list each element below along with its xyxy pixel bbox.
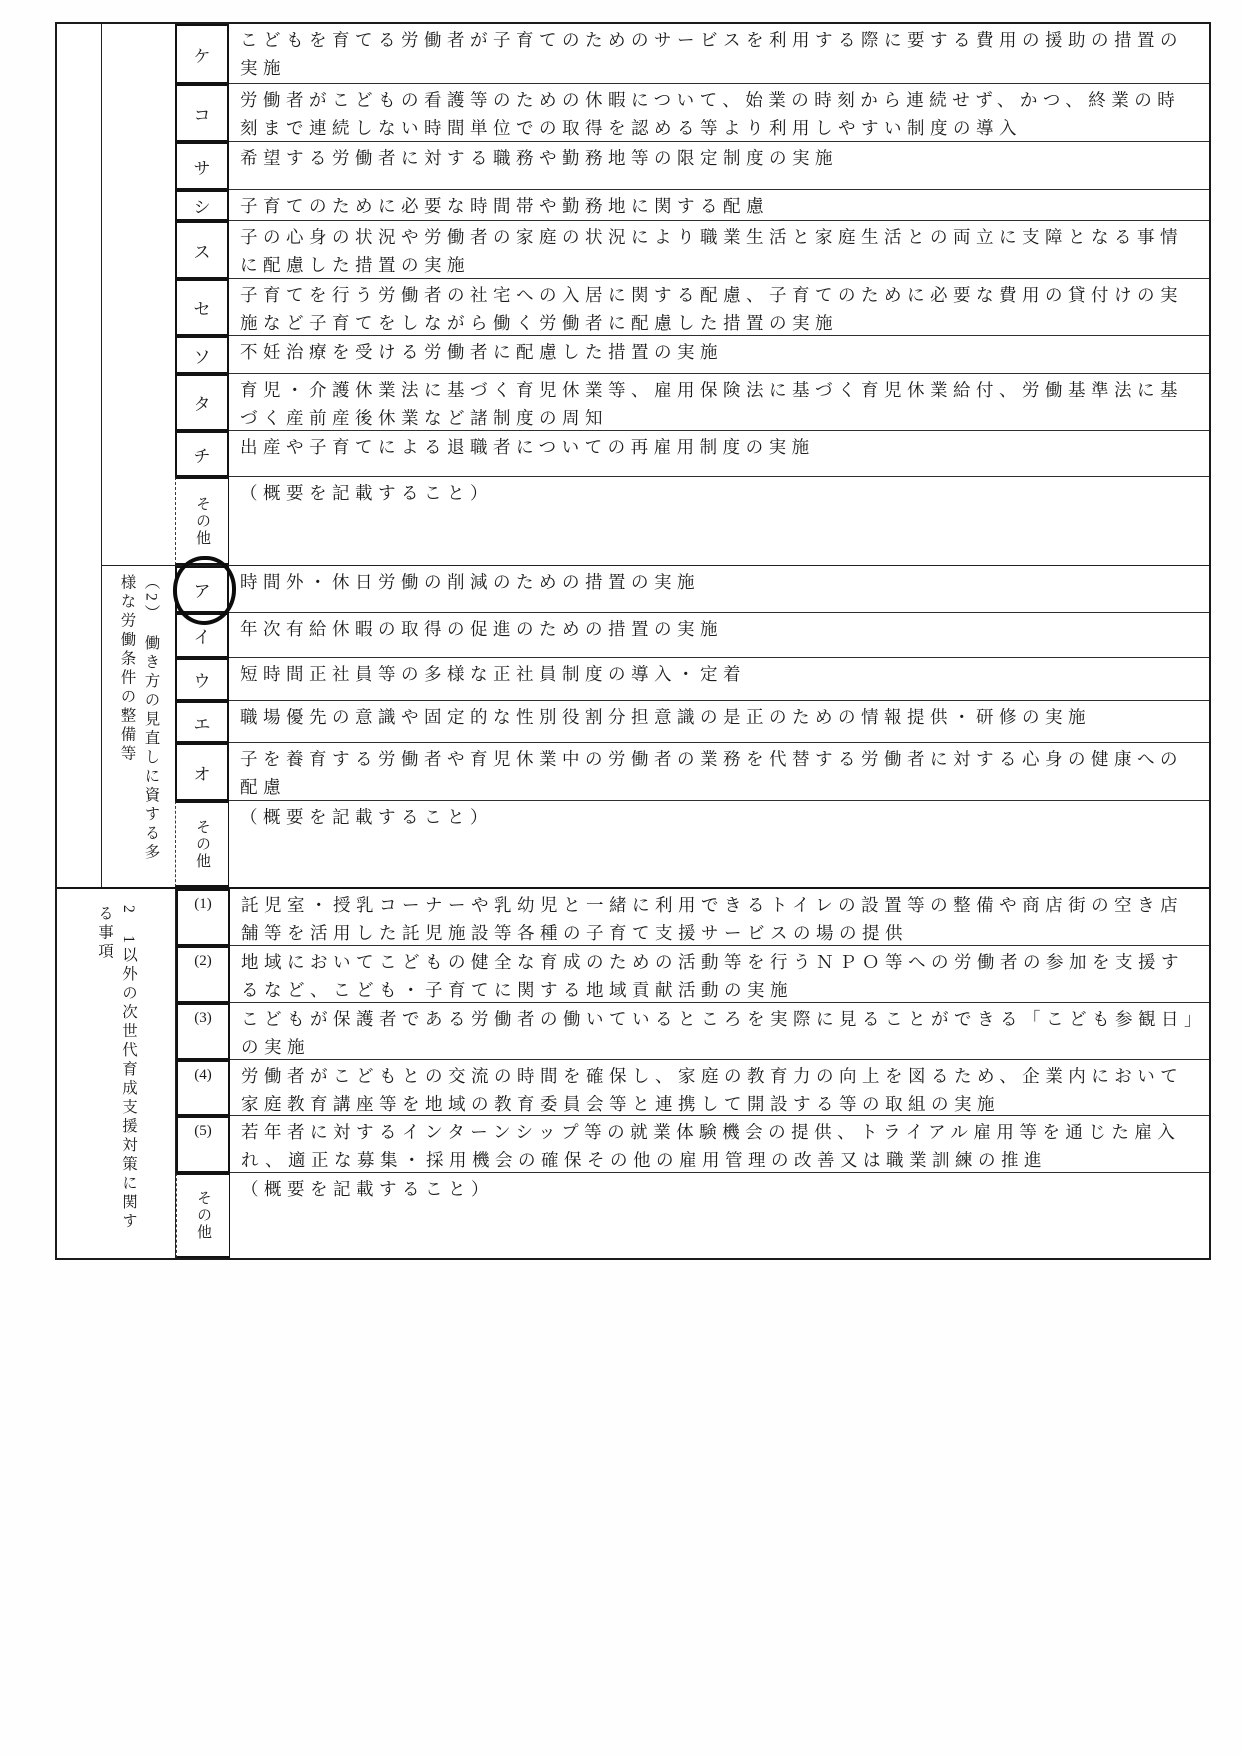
table-row: シ 子育てのために必要な時間帯や勤務地に関する配慮	[175, 190, 1209, 221]
row-text: 短時間正社員等の多様な正社員制度の導入・定着	[229, 658, 1209, 701]
table-row: (2) 地域においてこどもの健全な育成のための活動等を行うＮＰＯ等への労働者の参…	[176, 946, 1209, 1003]
row-text: 不妊治療を受ける労働者に配慮した措置の実施	[229, 336, 1209, 374]
row-key-so: ソ	[175, 336, 229, 374]
section-2-rows: ア 時間外・休日労働の削減のための措置の実施 イ 年次有給休暇の取得の促進のため…	[175, 565, 1209, 887]
row-text: 若年者に対するインターンシップ等の就業体験機会の提供、トライアル雇用等を通じた雇…	[230, 1116, 1209, 1173]
row-text: 育児・介護休業法に基づく育児休業等、雇用保険法に基づく育児休業給付、労働基準法に…	[229, 374, 1209, 431]
subsection-2-vertical-label: （2） 働き方の見直しに資する多様な労働条件の整備等	[115, 566, 163, 880]
section-1-rows: ケ こどもを育てる労働者が子育てのためのサービスを利用する際に要する費用の援助の…	[175, 24, 1209, 565]
table-row-other: その他 （概要を記載すること）	[175, 477, 1209, 565]
table-row-other: その他 （概要を記載すること）	[175, 801, 1209, 887]
row-key-sonota: その他	[175, 477, 229, 565]
table-row: (3) こどもが保護者である労働者の働いているところを実際に見ることができる「こ…	[176, 1003, 1209, 1060]
row-text: 託児室・授乳コーナーや乳幼児と一緒に利用できるトイレの設置等の整備や商店街の空き…	[230, 889, 1209, 946]
row-key-2: (2)	[176, 946, 230, 1003]
row-text: 出産や子育てによる退職者についての再雇用制度の実施	[229, 431, 1209, 477]
subsection-label-column-empty	[102, 24, 175, 565]
row-key-sonota: その他	[176, 1173, 230, 1258]
row-text: 職場優先の意識や固定的な性別役割分担意識の是正のための情報提供・研修の実施	[229, 701, 1209, 743]
row-key-chi: チ	[175, 431, 229, 477]
row-key-se: セ	[175, 279, 229, 336]
row-text: 労働者がこどもとの交流の時間を確保し、家庭の教育力の向上を図るため、企業内におい…	[230, 1060, 1209, 1116]
table-row: ア 時間外・休日労働の削減のための措置の実施	[175, 566, 1209, 613]
table-row: サ 希望する労働者に対する職務や勤務地等の限定制度の実施	[175, 142, 1209, 190]
table-row: セ 子育てを行う労働者の社宅への入居に関する配慮、子育てのために必要な費用の貸付…	[175, 279, 1209, 336]
table-row: オ 子を養育する労働者や育児休業中の労働者の業務を代替する労働者に対する心身の健…	[175, 743, 1209, 801]
row-key-ko: コ	[175, 84, 229, 142]
table-row: チ 出産や子育てによる退職者についての再雇用制度の実施	[175, 431, 1209, 477]
row-text: 子育てを行う労働者の社宅への入居に関する配慮、子育てのために必要な費用の貸付けの…	[229, 279, 1209, 336]
table-row: ス 子の心身の状況や労働者の家庭の状況により職業生活と家庭生活との両立に支障とな…	[175, 221, 1209, 279]
scanned-form-page: ケ こどもを育てる労働者が子育てのためのサービスを利用する際に要する費用の援助の…	[0, 0, 1242, 1755]
table-row: (5) 若年者に対するインターンシップ等の就業体験機会の提供、トライアル雇用等を…	[176, 1116, 1209, 1173]
row-text: 子を養育する労働者や育児休業中の労働者の業務を代替する労働者に対する心身の健康へ…	[229, 743, 1209, 801]
next-generation-support-form-table: ケ こどもを育てる労働者が子育てのためのサービスを利用する際に要する費用の援助の…	[55, 22, 1211, 1260]
table-row: ウ 短時間正社員等の多様な正社員制度の導入・定着	[175, 658, 1209, 701]
section-3-rows: (1) 託児室・授乳コーナーや乳幼児と一緒に利用できるトイレの設置等の整備や商店…	[175, 889, 1209, 1258]
section-3-vertical-label: 2 1以外の次世代育成支援対策に関する事項	[92, 905, 140, 1247]
row-text: 年次有給休暇の取得の促進のための措置の実施	[229, 613, 1209, 658]
row-text: こどもが保護者である労働者の働いているところを実際に見ることができる「こども参観…	[230, 1003, 1209, 1060]
row-text: 地域においてこどもの健全な育成のための活動等を行うＮＰＯ等への労働者の参加を支援…	[230, 946, 1209, 1003]
row-text: 労働者がこどもの看護等のための休暇について、始業の時刻から連続せず、かつ、終業の…	[229, 84, 1209, 142]
table-row: コ 労働者がこどもの看護等のための休暇について、始業の時刻から連続せず、かつ、終…	[175, 84, 1209, 142]
row-key-su: ス	[175, 221, 229, 279]
row-key-1: (1)	[176, 889, 230, 946]
section-number-column-empty	[57, 24, 102, 565]
section-3-other-measures: 2 1以外の次世代育成支援対策に関する事項 (1) 託児室・授乳コーナーや乳幼児…	[57, 887, 1209, 1258]
row-key-e: エ	[175, 701, 229, 743]
row-text: 子の心身の状況や労働者の家庭の状況により職業生活と家庭生活との両立に支障となる事…	[229, 221, 1209, 279]
row-text: 時間外・休日労働の削減のための措置の実施	[229, 566, 1209, 613]
subsection-2-label-cell: （2） 働き方の見直しに資する多様な労働条件の整備等	[102, 565, 175, 887]
table-row: イ 年次有給休暇の取得の促進のための措置の実施	[175, 613, 1209, 658]
table-row: ケ こどもを育てる労働者が子育てのためのサービスを利用する際に要する費用の援助の…	[175, 24, 1209, 84]
table-row: エ 職場優先の意識や固定的な性別役割分担意識の是正のための情報提供・研修の実施	[175, 701, 1209, 743]
row-key-ke: ケ	[175, 24, 229, 84]
row-key-shi: シ	[175, 190, 229, 221]
section-1-continued: ケ こどもを育てる労働者が子育てのためのサービスを利用する際に要する費用の援助の…	[57, 24, 1209, 565]
row-text-note: （概要を記載すること）	[230, 1173, 1209, 1258]
section-3-label-cell: 2 1以外の次世代育成支援対策に関する事項	[57, 889, 175, 1258]
table-row: (4) 労働者がこどもとの交流の時間を確保し、家庭の教育力の向上を図るため、企業…	[176, 1060, 1209, 1116]
row-key-ta: タ	[175, 374, 229, 431]
row-text: 子育てのために必要な時間帯や勤務地に関する配慮	[229, 190, 1209, 221]
row-text-note: （概要を記載すること）	[229, 477, 1209, 565]
row-key-o: オ	[175, 743, 229, 801]
table-row: (1) 託児室・授乳コーナーや乳幼児と一緒に利用できるトイレの設置等の整備や商店…	[176, 889, 1209, 946]
hand-drawn-circle-annotation	[173, 556, 236, 625]
table-row: ソ 不妊治療を受ける労働者に配慮した措置の実施	[175, 336, 1209, 374]
row-key-5: (5)	[176, 1116, 230, 1173]
row-key-sa: サ	[175, 142, 229, 190]
table-row-other: その他 （概要を記載すること）	[176, 1173, 1209, 1258]
row-text: 希望する労働者に対する職務や勤務地等の限定制度の実施	[229, 142, 1209, 190]
row-key-3: (3)	[176, 1003, 230, 1060]
row-text: こどもを育てる労働者が子育てのためのサービスを利用する際に要する費用の援助の措置…	[229, 24, 1209, 84]
section-2-workstyle: （2） 働き方の見直しに資する多様な労働条件の整備等 ア 時間外・休日労働の削減…	[57, 565, 1209, 887]
table-row: タ 育児・介護休業法に基づく育児休業等、雇用保険法に基づく育児休業給付、労働基準…	[175, 374, 1209, 431]
row-text-note: （概要を記載すること）	[229, 801, 1209, 887]
row-key-sonota: その他	[175, 801, 229, 887]
row-key-u: ウ	[175, 658, 229, 701]
section-number-column-empty	[57, 565, 102, 887]
row-key-4: (4)	[176, 1060, 230, 1116]
